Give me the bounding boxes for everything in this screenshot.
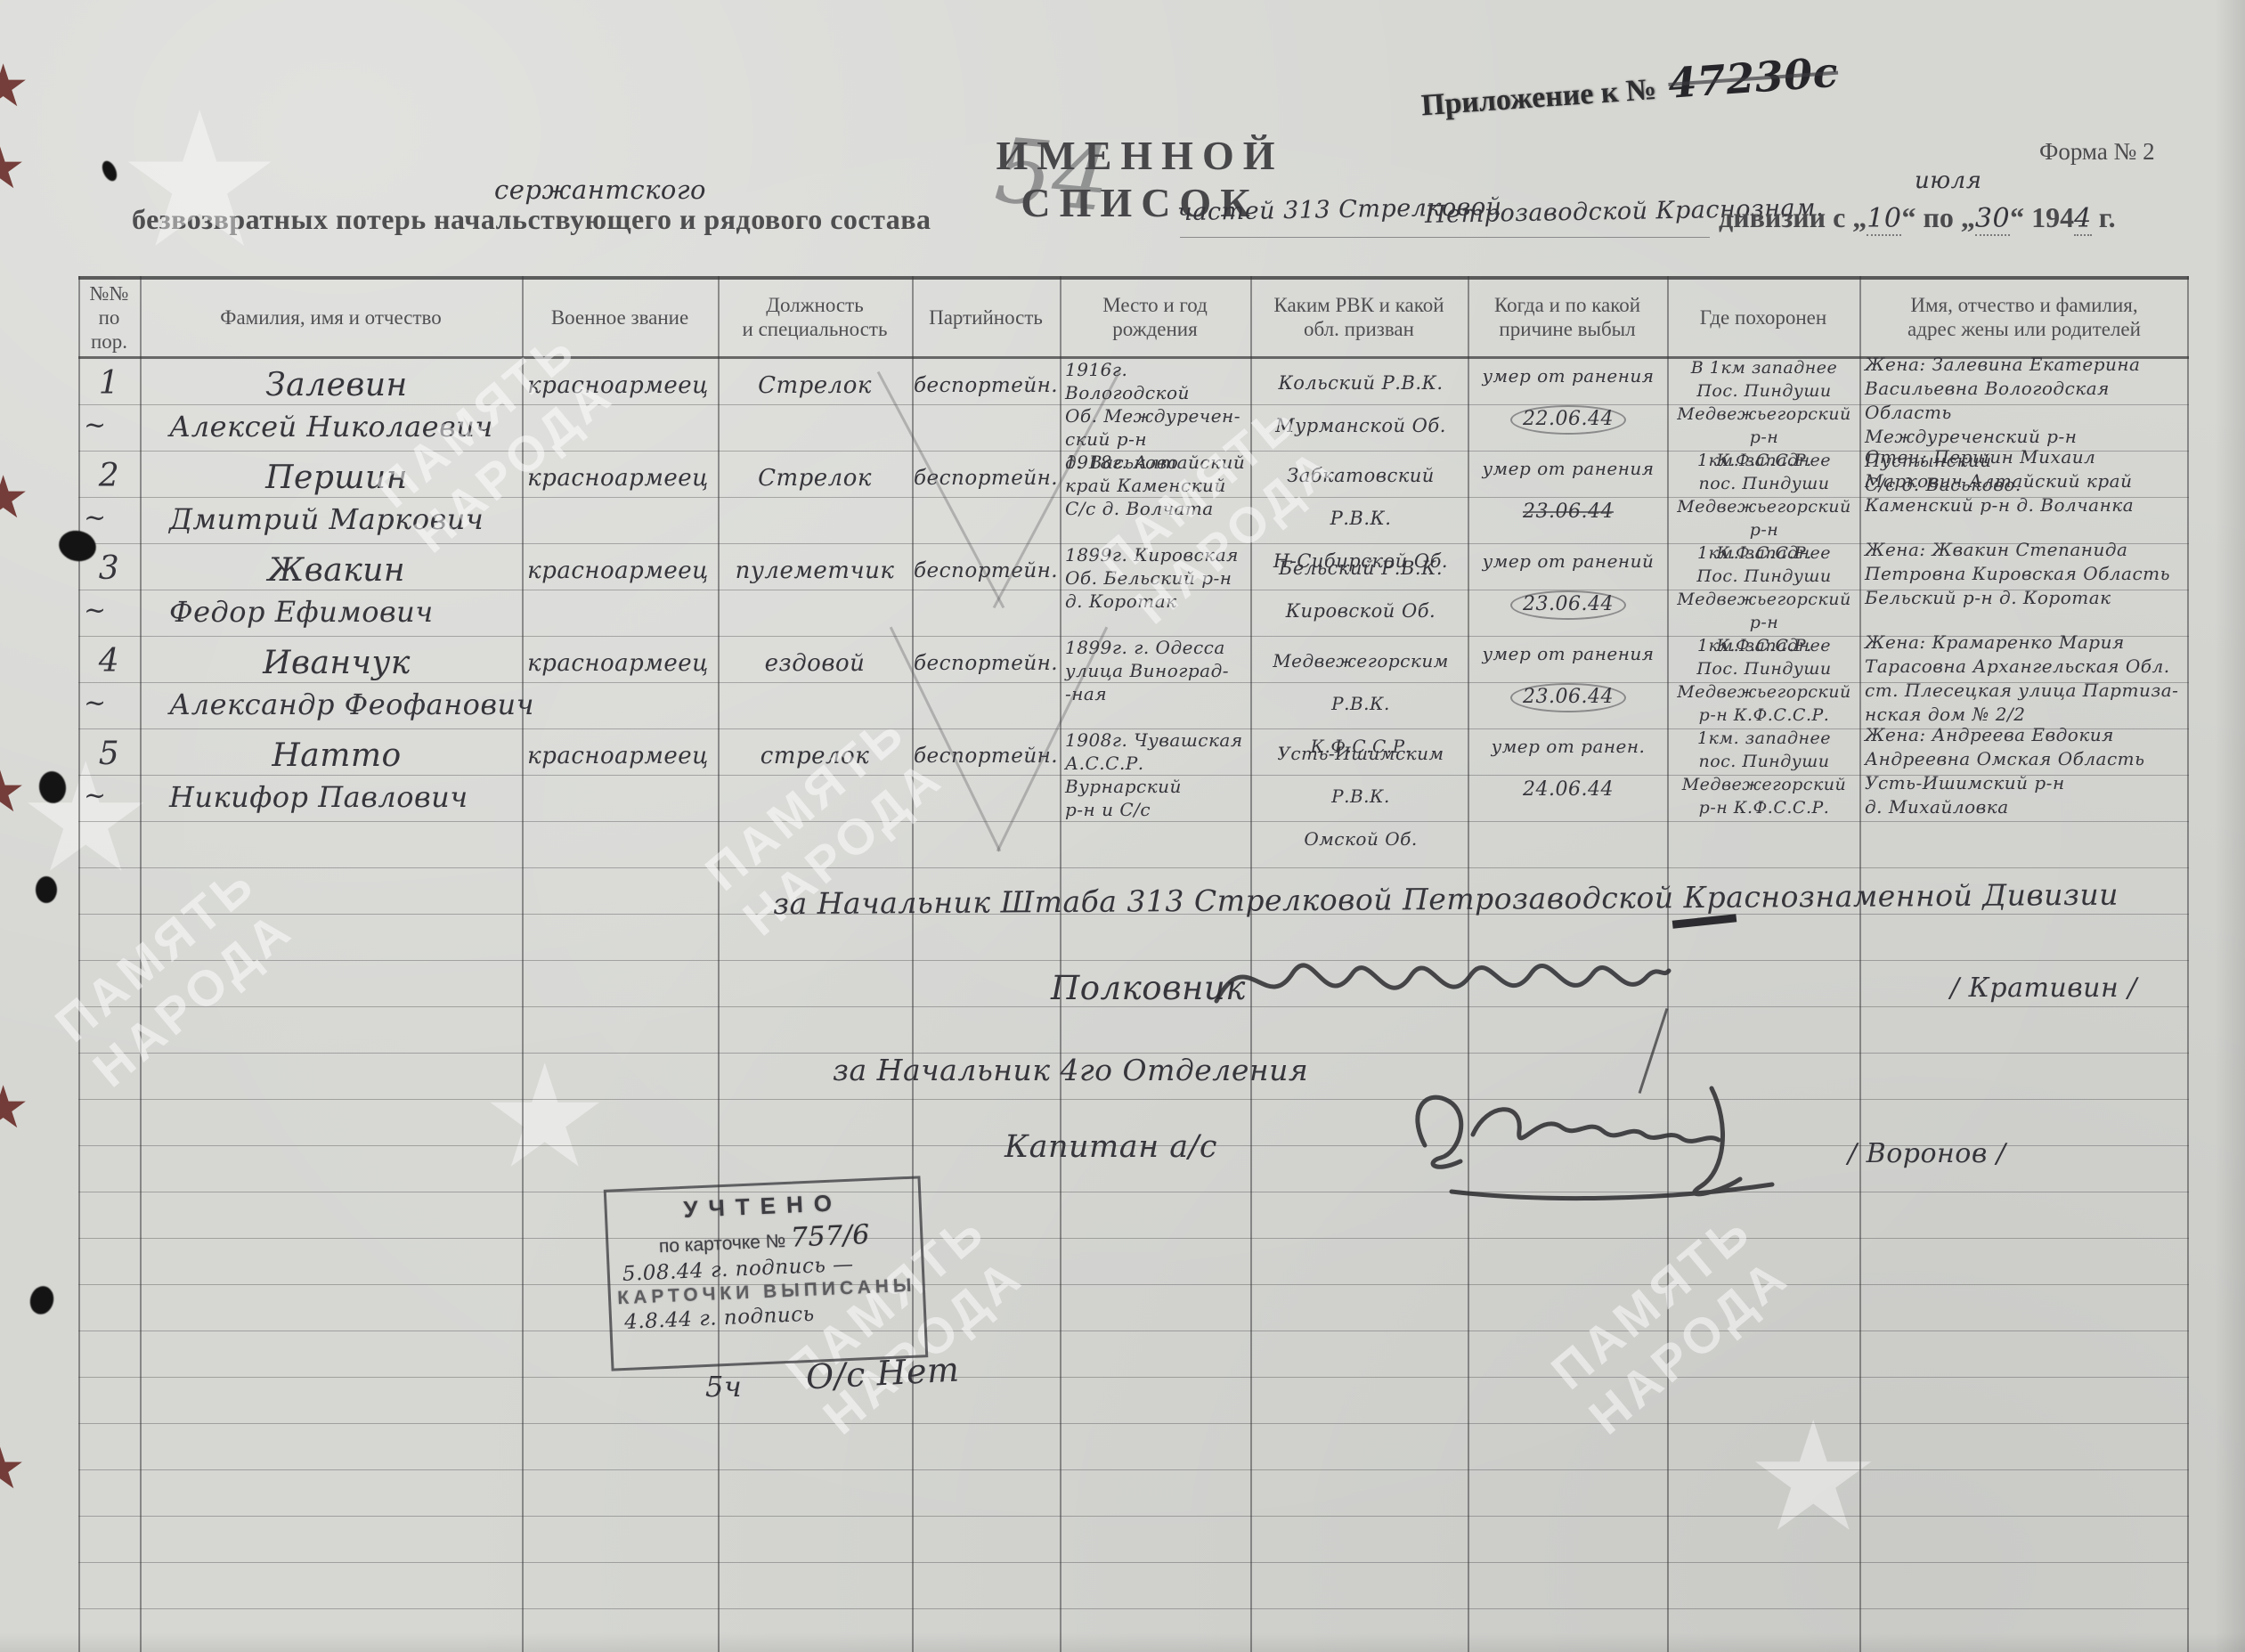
- fate-date-value: 22.06.44: [1510, 405, 1626, 435]
- red-star-stamp-icon: ★: [0, 1434, 26, 1503]
- surname: Натто: [159, 737, 515, 774]
- table-ruled-line: [78, 1608, 2189, 1609]
- row-check-mark: ~: [84, 502, 119, 533]
- col-header-position: Должность и специальность: [718, 280, 912, 354]
- fate-date-value: 24.06.44: [1523, 778, 1614, 801]
- fate-cause: умер от ранен.: [1471, 736, 1665, 757]
- birth-place-year: 1908г. Чувашская А.С.С.Р. Вурнарский р-н…: [1065, 728, 1249, 821]
- form-number: Форма № 2: [2039, 138, 2155, 166]
- surname: Жвакин: [159, 552, 515, 589]
- party-status: беспортейн.: [914, 374, 1058, 397]
- table-row: 4 ~ Иванчук Александр Феофанович красноа…: [78, 636, 2189, 734]
- signature-rank-captain: Капитан а/с: [1005, 1129, 1217, 1165]
- row-check-mark: ~: [84, 410, 119, 441]
- fate-date-value: 23.06.44: [1510, 683, 1626, 712]
- fate-date-value: 23.06.44: [1510, 590, 1626, 620]
- table-ruled-line: [78, 1192, 2189, 1192]
- appendix-label: Приложение к №: [1420, 73, 1657, 122]
- row-number: 5: [78, 736, 140, 772]
- birth-place-year: 1918г. Алтайский край Каменский С/с д. В…: [1065, 451, 1249, 520]
- fate-date: 23.06.44: [1471, 593, 1665, 615]
- surname: Иванчук: [159, 645, 515, 681]
- fate-date-value: 23.06.44: [1523, 500, 1614, 523]
- red-star-stamp-icon: ★: [0, 463, 29, 533]
- position-specialty: ездовой: [721, 650, 908, 677]
- name-patronymic: Дмитрий Маркович: [159, 502, 552, 536]
- table-ruled-line: [78, 960, 2189, 961]
- document-page: ПАМЯТЬ НАРОДА ПАМЯТЬ НАРОДА ПАМЯТЬ НАРОД…: [0, 0, 2245, 1652]
- col-header-family: Имя, отчество и фамилия, адрес жены или …: [1859, 280, 2189, 354]
- birth-place-year: 1899г. Кировская Об. Бельский р-н д. Кор…: [1065, 543, 1249, 613]
- name-patronymic: Федор Ефимович: [159, 595, 552, 629]
- stamp-note-os: О/с Нет: [805, 1350, 961, 1397]
- fate-date: 22.06.44: [1471, 408, 1665, 430]
- position-specialty: Стрелок: [721, 465, 908, 492]
- col-header-fate: Когда и по какой причине выбыл: [1468, 280, 1667, 354]
- table-row: 5 ~ Натто Никифор Павлович красноармеец …: [78, 728, 2189, 826]
- year-suffix-printed: г.: [2092, 201, 2116, 233]
- date-to-handwritten: 30: [1975, 203, 2010, 236]
- signature-name-voronov: / Воронов /: [1848, 1138, 2005, 1169]
- table-ruled-line: [78, 1377, 2189, 1378]
- signature-name-krativin: / Кративин /: [1950, 972, 2137, 1004]
- date-mid-printed: “ по „: [1901, 201, 1974, 233]
- col-header-num: №№ по пор.: [78, 280, 140, 354]
- surname: Залевин: [159, 367, 515, 403]
- row-number: 2: [78, 458, 140, 494]
- surname: Першин: [159, 460, 515, 496]
- military-rank: красноармеец: [524, 743, 712, 769]
- col-header-birth: Место и год рождения: [1060, 280, 1250, 354]
- rvk-drafted-by: Бельский Р.В.К. Кировской Об.: [1254, 547, 1468, 632]
- row-check-mark: ~: [84, 780, 119, 811]
- stamp-note-count: 5ч: [705, 1370, 742, 1404]
- year-digit-handwritten: 4: [2074, 203, 2092, 236]
- month-handwritten: июля: [1915, 167, 1981, 194]
- red-star-stamp-icon: ★: [0, 52, 29, 121]
- signature-scribble: [1211, 926, 1674, 1024]
- division-printed: дивизии с „: [1719, 201, 1867, 233]
- position-specialty: пулеметчик: [721, 557, 908, 584]
- fate-date: 23.06.44: [1471, 500, 1665, 523]
- scan-edge-shadow: [2215, 0, 2245, 1652]
- rvk-drafted-by: Кольский Р.В.К. Мурманской Об.: [1254, 362, 1468, 447]
- party-status: беспортейн.: [914, 745, 1058, 768]
- fate-cause: умер от ранений: [1471, 550, 1665, 572]
- appendix-number: 47230с: [1667, 48, 1840, 108]
- birth-place-year: 1899г. г. Одесса улица Виноград- -ная: [1065, 636, 1249, 705]
- burial-place: 1км. западнее Пос. Пиндуши Медвежьегорск…: [1671, 634, 1858, 727]
- party-status: беспортейн.: [914, 652, 1058, 675]
- col-header-party: Партийность: [912, 280, 1060, 354]
- red-star-stamp-icon: ★: [0, 757, 26, 826]
- blank-underline: [1180, 237, 1710, 238]
- fate-cause: умер от ранения: [1471, 365, 1665, 387]
- hole-punch: [36, 876, 57, 903]
- form-table: №№ по пор. Фамилия, имя и отчество Военн…: [78, 276, 2189, 1652]
- table-row: 1 ~ Залевин Алексей Николаевич красноарм…: [78, 358, 2189, 456]
- row-number: 1: [78, 365, 140, 402]
- family-address: Жена: Крамаренко Мария Тарасовна Арханге…: [1865, 631, 2187, 727]
- rvk-drafted-by: Усть-Ишимским Р.В.К. Омской Об.: [1254, 732, 1468, 860]
- year-printed: “ 194: [2010, 201, 2074, 233]
- date-from-handwritten: 10: [1867, 203, 1901, 236]
- military-rank: красноармеец: [524, 465, 712, 492]
- military-rank: красноармеец: [524, 557, 712, 584]
- red-star-stamp-icon: ★: [0, 1073, 29, 1143]
- row-number: 4: [78, 643, 140, 680]
- star-watermark-icon: ★: [116, 71, 283, 290]
- pencil-number-note: 54: [991, 118, 1114, 232]
- fate-cause: умер от ранения: [1471, 458, 1665, 479]
- col-header-burial: Где похоронен: [1667, 280, 1859, 354]
- red-star-stamp-icon: ★: [0, 134, 26, 203]
- period-line: дивизии с „10“ по „30“ 1944 г.: [1719, 201, 2116, 234]
- fate-date: 24.06.44: [1471, 778, 1665, 801]
- table-ruled-line: [78, 1238, 2189, 1239]
- name-patronymic: Алексей Николаевич: [159, 410, 552, 444]
- row-check-mark: ~: [84, 595, 119, 626]
- table-ruled-line: [78, 1099, 2189, 1100]
- family-address: Жена: Андреева Евдокия Андреевна Омская …: [1865, 723, 2187, 819]
- table-ruled-line: [78, 1562, 2189, 1563]
- name-patronymic: Никифор Павлович: [159, 780, 552, 814]
- position-specialty: стрелок: [721, 743, 908, 769]
- table-row: 2 ~ Першин Дмитрий Маркович красноармеец…: [78, 451, 2189, 549]
- signature-scribble: [1398, 1076, 1808, 1205]
- hole-punch: [27, 1283, 56, 1317]
- burial-place: 1км. западнее пос. Пиндуши Медвежегорски…: [1671, 727, 1858, 819]
- fate-date: 23.06.44: [1471, 686, 1665, 708]
- signature-line-4th-section: за Начальник 4го Отделения: [833, 1053, 1308, 1087]
- row-check-mark: ~: [84, 688, 119, 719]
- table-ruled-line: [78, 1423, 2189, 1424]
- military-rank: красноармеец: [524, 372, 712, 399]
- table-ruled-line: [78, 867, 2189, 868]
- family-address: Отец: Першин Михаил Маркович Алтайский к…: [1865, 445, 2187, 517]
- stamp-card-label: по карточке №: [658, 1231, 785, 1257]
- table-row: 3 ~ Жвакин Федор Ефимович красноармеец п…: [78, 543, 2189, 641]
- table-ruled-line: [78, 1284, 2189, 1285]
- table-ruled-line: [78, 1516, 2189, 1517]
- col-header-name: Фамилия, имя и отчество: [140, 280, 522, 354]
- appendix-note: Приложение к № 47230с: [1419, 48, 1840, 126]
- subtitle-handwritten-insert: сержантского: [494, 175, 706, 205]
- stamp-card-number: 757/6: [790, 1219, 870, 1254]
- family-address: Жена: Жвакин Степанида Петровна Кировска…: [1865, 538, 2187, 610]
- name-patronymic: Александр Феофанович: [159, 688, 552, 721]
- table-ruled-line: [78, 1331, 2189, 1331]
- military-rank: красноармеец: [524, 650, 712, 677]
- col-header-rank: Военное звание: [522, 280, 718, 354]
- scan-edge-shadow: [0, 1632, 2245, 1652]
- registration-stamp: УЧТЕНО по карточке № 757/6 5.08.44 г. по…: [604, 1176, 929, 1371]
- fate-cause: умер от ранения: [1471, 643, 1665, 664]
- col-header-rvk: Каким РВК и какой обл. призван: [1250, 280, 1468, 354]
- table-ruled-line: [78, 1469, 2189, 1470]
